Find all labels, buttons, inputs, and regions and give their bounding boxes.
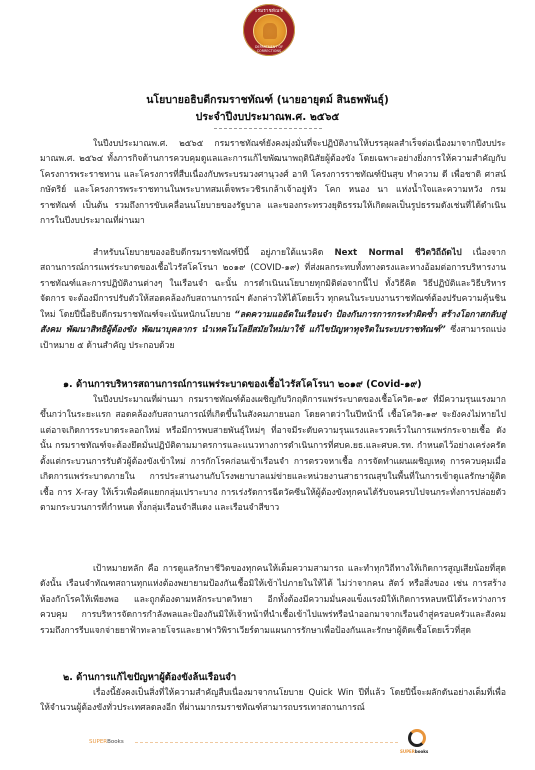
swirl-icon	[408, 729, 426, 747]
department-of-corrections-seal-icon: กรมราชทัณฑ์ DEPARTMENT OF CORRECTIONS	[243, 4, 295, 56]
section-heading-1: ๑. ด้านการบริหารสถานการณ์การแพร่ระบาดของ…	[63, 377, 422, 392]
footer-logo-label: SUPERbooks	[400, 749, 428, 754]
title-divider	[214, 128, 322, 129]
section-2-paragraph-1: เรื่องนี้ยังคงเป็นสิ่งที่ให้ความสำคัญสืบ…	[40, 686, 506, 717]
footer-brand-accent: SUPER	[89, 739, 107, 745]
intro-paragraph: ในปีงบประมาณพ.ศ. ๒๕๖๕ กรมราชทัณฑ์ยังคงมุ…	[40, 137, 506, 230]
footer-brand-rest: Books	[107, 739, 124, 745]
footer-brand: SUPERBooks	[89, 739, 124, 745]
footer-divider	[135, 742, 398, 743]
section-heading-2: ๒. ด้านการแก้ไขปัญหาผู้ต้องขังล้นเรือนจำ	[63, 670, 236, 685]
policy-paragraph-lead: สำหรับนโยบายของอธิบดีกรมราชทัณฑ์ปีนี้ อย…	[93, 248, 334, 258]
section-1-paragraph-2: เป้าหมายหลัก คือ การดูแลรักษาชีวิตของทุก…	[40, 562, 506, 639]
policy-concept: Next Normal ชีวิตวิถีถัดไป	[334, 248, 461, 258]
superbooks-swirl-logo-icon: SUPERbooks	[400, 729, 440, 759]
footer-logo-label-accent: SUPER	[400, 749, 415, 754]
seal-center-emblem	[253, 14, 287, 48]
document-subtitle: ประจำปีงบประมาณพ.ศ. ๒๕๖๕	[0, 108, 535, 125]
seal-ring-text: DEPARTMENT OF CORRECTIONS	[243, 45, 295, 53]
section-1-paragraph-1: ในปีงบประมาณที่ผ่านมา กรมราชทัณฑ์ต้องเผช…	[40, 393, 506, 517]
policy-paragraph: สำหรับนโยบายของอธิบดีกรมราชทัณฑ์ปีนี้ อย…	[40, 246, 506, 354]
seal-top-text: กรมราชทัณฑ์	[243, 7, 295, 14]
footer-logo-label-rest: books	[415, 749, 428, 754]
document-title: นโยบายอธิบดีกรมราชทัณฑ์ (นายอายุตม์ สินธ…	[0, 91, 535, 108]
